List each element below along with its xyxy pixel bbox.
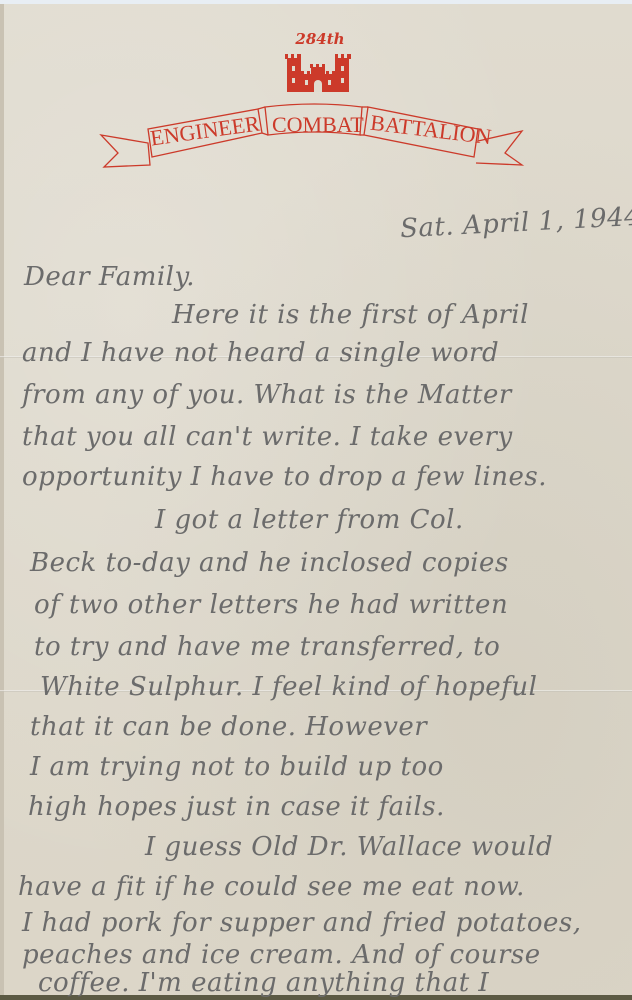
- unit-number: 284th: [270, 30, 370, 48]
- castle-icon: [285, 52, 351, 92]
- letter-line: I am trying not to build up too: [30, 752, 444, 782]
- letter-salutation: Dear Family.: [24, 262, 195, 292]
- letter-line: peaches and ice cream. And of course: [22, 940, 541, 970]
- letter-line: I guess Old Dr. Wallace would: [145, 832, 553, 862]
- letter-line: from any of you. What is the Matter: [22, 380, 512, 410]
- letter-line: White Sulphur. I feel kind of hopeful: [40, 672, 537, 702]
- letter-line: to try and have me transferred, to: [34, 632, 500, 662]
- letter-line: Beck to-day and he inclosed copies: [30, 548, 509, 578]
- letterhead: 284th: [0, 0, 632, 180]
- letter-line: I had pork for supper and fried potatoes…: [22, 908, 582, 938]
- banner-word-combat: COMBAT: [272, 112, 364, 138]
- letter-line: of two other letters he had written: [34, 590, 508, 620]
- letter-line: that it can be done. However: [30, 712, 427, 742]
- letter-line: that you all can't write. I take every: [22, 422, 513, 452]
- letter-line: high hopes just in case it fails.: [28, 792, 445, 822]
- letter-line: I got a letter from Col.: [155, 505, 464, 535]
- letter-line: and I have not heard a single word: [22, 338, 499, 368]
- letter-line: Here it is the first of April: [172, 300, 529, 330]
- letter-line: opportunity I have to drop a few lines.: [22, 462, 547, 492]
- letter-line: coffee. I'm eating anything that I: [38, 968, 489, 998]
- letter-line: have a fit if he could see me eat now.: [18, 872, 525, 902]
